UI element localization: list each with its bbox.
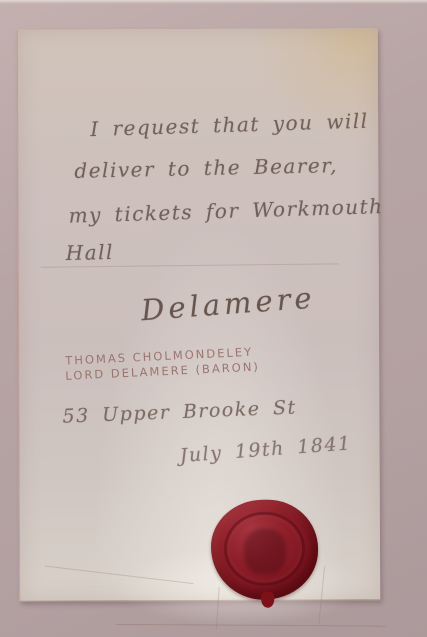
address-line: 53 Upper Brooke St [62,396,297,427]
red-wax-seal [211,499,318,599]
signature: Delamere [140,280,317,327]
date-line: July 19th 1841 [179,432,352,467]
letter-body-line: deliver to the Bearer, [74,153,338,183]
wax-seal-crest-impression [244,529,286,575]
letter-photograph: I request that you will deliver to the B… [0,0,427,637]
letter-body-line: my tickets for Workmouth [68,194,384,228]
letter-paper: I request that you will deliver to the B… [17,28,380,602]
letter-body-line: I request that you will [90,109,369,141]
wax-seal-drip [261,592,274,608]
letter-body-line: Hall [65,240,114,265]
photo-edge-highlight [0,0,427,4]
